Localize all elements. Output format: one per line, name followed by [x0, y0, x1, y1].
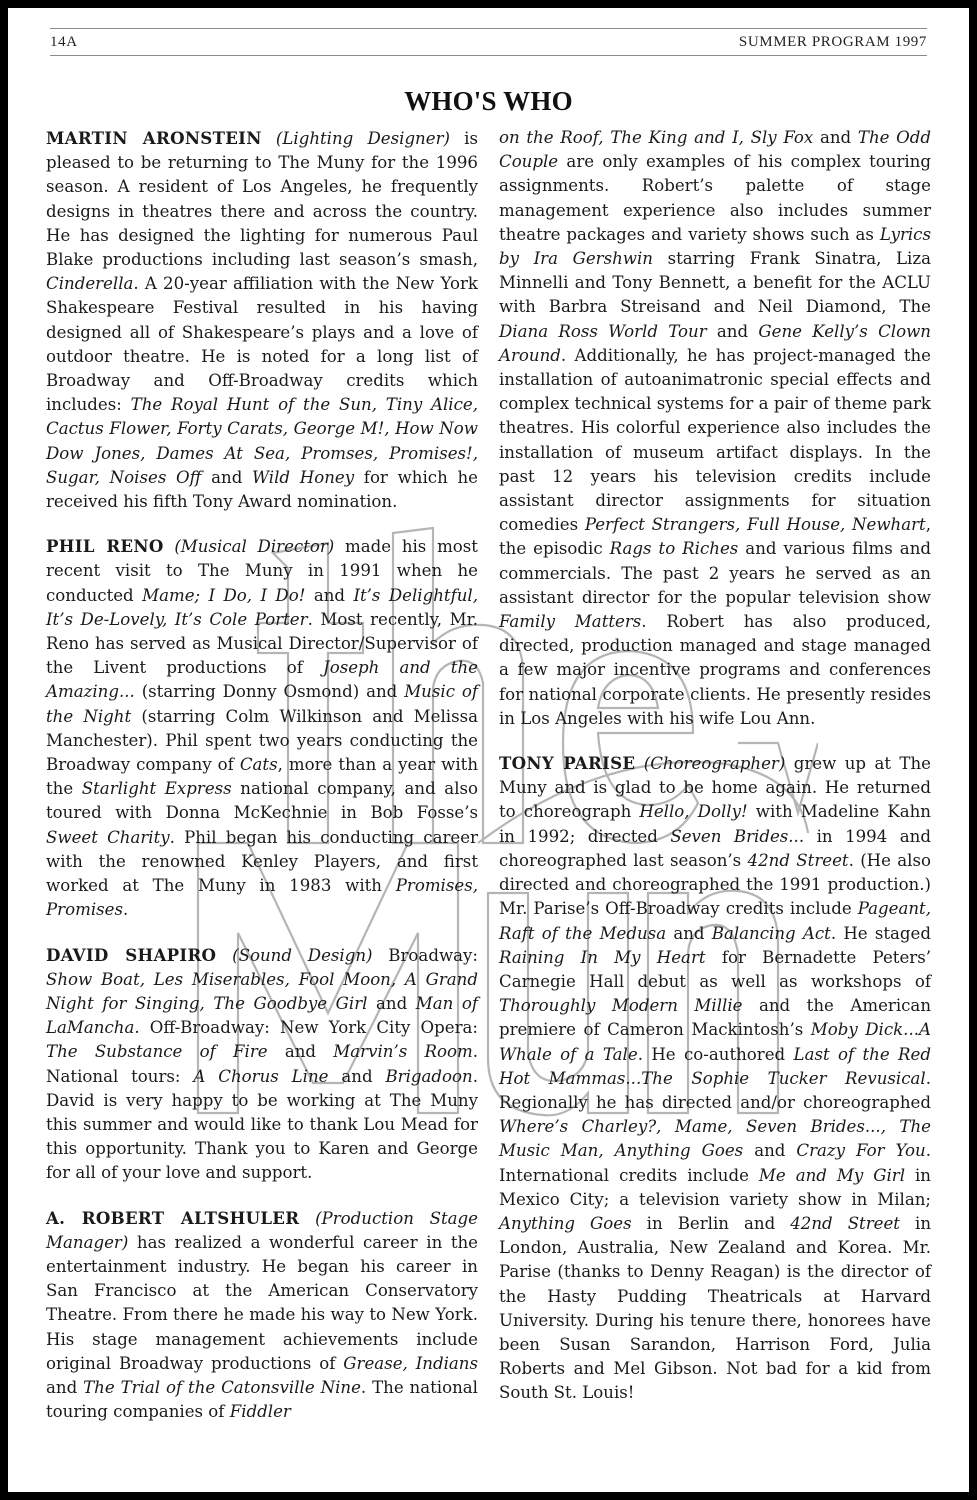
bio-text: and	[305, 586, 353, 605]
bio-text: and	[329, 1067, 386, 1086]
bio-text: .	[123, 900, 128, 919]
italic-title: (Musical Director)	[164, 537, 335, 556]
right-column: on the Roof, The King and I, Sly Fox and…	[499, 126, 931, 1444]
italic-title: Thoroughly Modern Millie	[499, 996, 742, 1015]
bio-martin-aronstein: MARTIN ARONSTEIN (Lighting Designer) is …	[46, 126, 478, 514]
bio-text: has realized a wonderful career in the e…	[46, 1233, 478, 1373]
bio-a-robert-altshuler-continued: on the Roof, The King and I, Sly Fox and…	[499, 126, 931, 731]
italic-title: A Chorus Line	[193, 1067, 328, 1086]
bio-text: and	[367, 994, 415, 1013]
bio-a-robert-altshuler: A. ROBERT ALTSHULER (Production Stage Ma…	[46, 1206, 478, 1425]
italic-title: on the Roof, The King and I, Sly Fox	[499, 128, 813, 147]
bio-text: . Off-Broadway: New York City Opera:	[134, 1018, 478, 1037]
bio-text: in London, Australia, New Zealand and Ko…	[499, 1214, 931, 1402]
program-page: 14A SUMMER PROGRAM 1997 WHO'S WHO MARTIN…	[8, 8, 969, 1492]
person-name: TONY PARISE	[499, 753, 635, 773]
italic-title: Raining In My Heart	[499, 948, 706, 967]
person-name: DAVID SHAPIRO	[46, 945, 216, 965]
italic-title: Me and My Girl	[759, 1166, 905, 1185]
italic-title: 42nd Street	[790, 1214, 900, 1233]
italic-title: The Trial of the Catonsville Nine	[83, 1378, 361, 1397]
bio-text: is pleased to be returning to The Muny f…	[46, 129, 478, 269]
bio-text: and	[813, 128, 858, 147]
italic-title: Brigadoon	[385, 1067, 472, 1086]
italic-title: Crazy For You	[796, 1141, 925, 1160]
italic-title: Hello, Dolly!	[639, 802, 747, 821]
italic-title: Cinderella	[46, 274, 133, 293]
bio-text: and	[46, 1378, 83, 1397]
left-column: MARTIN ARONSTEIN (Lighting Designer) is …	[46, 126, 478, 1444]
person-name: MARTIN ARONSTEIN	[46, 128, 262, 148]
italic-title: Marvin’s Room	[333, 1042, 472, 1061]
italic-title: Anything Goes	[499, 1214, 632, 1233]
italic-title: Family Matters	[499, 612, 641, 631]
italic-title: Starlight Express	[82, 779, 232, 798]
italic-title: Rags to Riches	[610, 539, 739, 558]
bio-text: . He co-authored	[638, 1045, 794, 1064]
italic-title: Fiddler	[230, 1402, 291, 1421]
bio-david-shapiro: DAVID SHAPIRO (Sound Design) Broadway: S…	[46, 943, 478, 1186]
bio-text: Broadway:	[373, 946, 479, 965]
italic-title: 42nd Street	[748, 851, 849, 870]
bio-text: in Berlin and	[632, 1214, 791, 1233]
italic-title: (Choreographer)	[635, 754, 785, 773]
italic-title: Diana Ross World Tour	[499, 322, 707, 341]
running-header: 14A SUMMER PROGRAM 1997	[50, 28, 927, 56]
person-name: PHIL RENO	[46, 536, 164, 556]
italic-title: (Lighting Designer)	[262, 129, 450, 148]
bio-text: . He staged	[831, 924, 931, 943]
bio-text: and	[666, 924, 712, 943]
italic-title: Seven Brides...	[670, 827, 804, 846]
italic-title: (Sound Design)	[216, 946, 372, 965]
publication-title: SUMMER PROGRAM 1997	[739, 34, 927, 51]
italic-title: Cats	[240, 755, 278, 774]
bio-text: (starring Donny Osmond) and	[135, 682, 404, 701]
bio-text: are only examples of his complex touring…	[499, 152, 931, 244]
bio-text: and	[201, 468, 252, 487]
italic-title: Mame; I Do, I Do!	[142, 586, 305, 605]
italic-title: Perfect Strangers, Full House, Newhart	[585, 515, 926, 534]
italic-title: Sweet Charity	[46, 828, 170, 847]
italic-title: Balancing Act	[712, 924, 831, 943]
page-number: 14A	[50, 34, 78, 51]
bio-phil-reno: PHIL RENO (Musical Director) made his mo…	[46, 534, 478, 922]
bio-text: and	[743, 1141, 796, 1160]
bio-text: and	[707, 322, 759, 341]
bio-text: . A 20-year affiliation with the New Yor…	[46, 274, 478, 414]
bio-tony-parise: TONY PARISE (Choreographer) grew up at T…	[499, 751, 931, 1405]
italic-title: Wild Honey	[252, 468, 354, 487]
bio-text: . Additionally, he has project-managed t…	[499, 346, 931, 534]
page-title: WHO'S WHO	[8, 86, 969, 117]
person-name: A. ROBERT ALTSHULER	[46, 1208, 299, 1228]
bios-columns: MARTIN ARONSTEIN (Lighting Designer) is …	[46, 126, 931, 1444]
bio-text: and	[268, 1042, 334, 1061]
italic-title: Grease, Indians	[343, 1354, 478, 1373]
italic-title: The Substance of Fire	[46, 1042, 268, 1061]
